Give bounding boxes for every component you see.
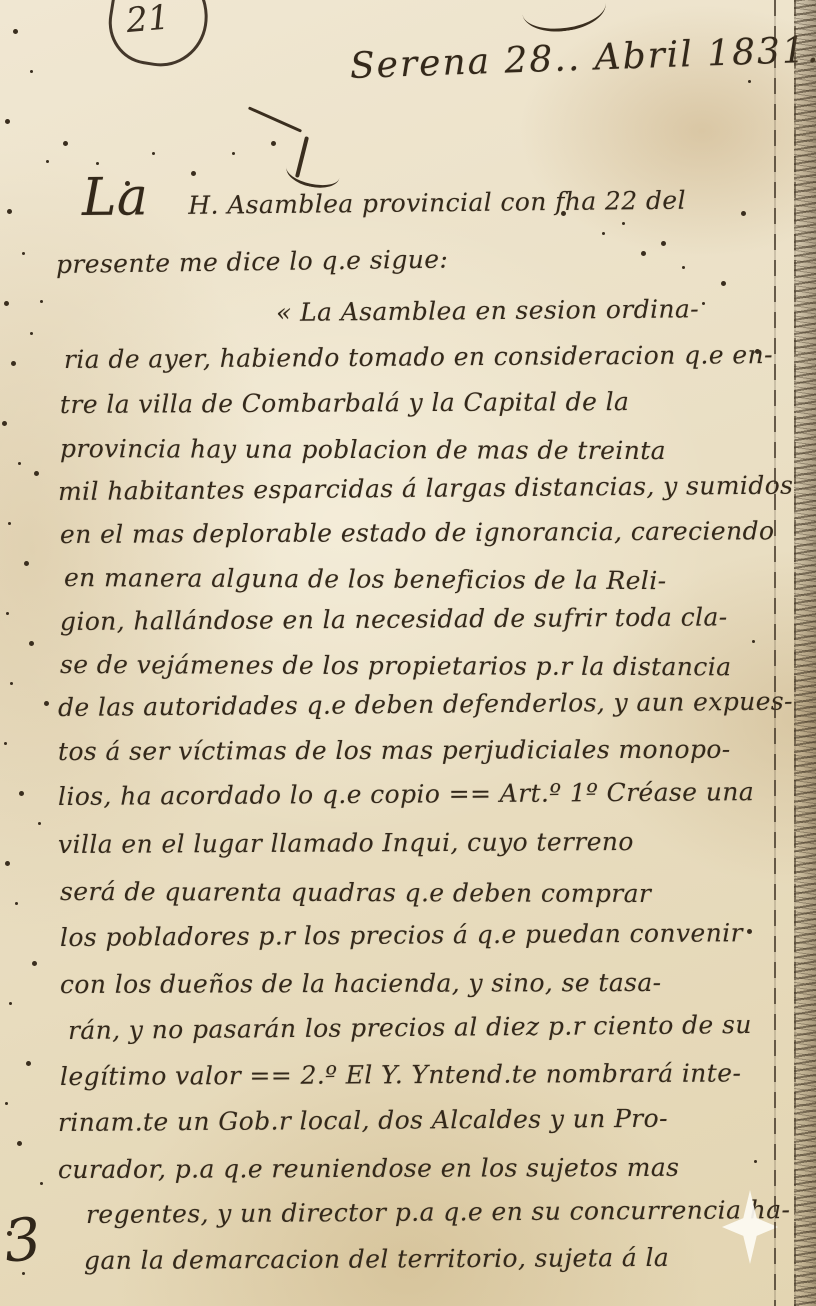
stray-ink-flourish [284,153,343,193]
stray-ink-stroke [248,106,302,132]
folio-number-circle: 21 [103,0,216,73]
body-line: con los dueños de la hacienda, y sino, s… [60,968,662,999]
body-line: regentes, y un director p.a q.e en su co… [86,1195,791,1229]
body-line: lios, ha acordado lo q.e copio == Art.º … [58,777,754,811]
manuscript-page: 21 Serena 28.. Abril 1831. LaH. Asamblea… [0,0,816,1306]
body-line: en el mas deplorable estado de ignoranci… [60,516,775,549]
body-line: gion, hallándose en la necesidad de sufr… [60,602,728,636]
stray-ink-flourish [519,0,608,37]
folio-number: 21 [125,0,172,41]
body-line: gan la demarcacion del territorio, sujet… [84,1243,669,1275]
book-fore-edge [794,0,816,1306]
body-line: presente me dice lo q.e sigue: [56,245,449,279]
body-line: los pobladores p.r los precios á q.e pue… [60,918,743,952]
body-line: rinam.te un Gob.r local, dos Alcaldes y … [58,1104,668,1137]
body-line: tre la villa de Combarbalá y la Capital … [60,387,629,419]
margin-page-number: 3 [1,1204,45,1275]
opening-initial: La [82,167,149,228]
body-line: en manera alguna de los beneficios de la… [64,563,667,595]
body-line: tos á ser víctimas de los mas perjudicia… [58,735,731,766]
body-line: curador, p.a q.e reuniendose en los suje… [58,1153,679,1184]
dateline: Serena 28.. Abril 1831. [349,30,816,87]
body-line: ria de ayer, habiendo tomado en consider… [64,340,773,374]
body-line: mil habitantes esparcidas á largas dista… [58,471,794,506]
opening-rest: H. Asamblea provincial con fha 22 del [188,186,686,220]
body-line: rán, y no pasarán los precios al diez p.… [68,1010,752,1045]
body-line: villa en el lugar llamado Inqui, cuyo te… [58,827,634,859]
opening-line: LaH. Asamblea provincial con fha 22 del [82,186,686,221]
ink-speckles [0,0,3,3]
body-line: se de vejámenes de los propietarios p.r … [60,650,732,681]
body-line: « La Asamblea en sesion ordina- [276,294,699,327]
body-line: será de quarenta quadras q.e deben compr… [60,877,651,908]
body-line: legítimo valor == 2.º El Y. Yntend.te no… [60,1058,741,1091]
page-edge-rule [774,0,776,1306]
body-line: de las autoridades q.e deben defenderlos… [58,687,793,722]
body-line: provincia hay una poblacion de mas de tr… [60,434,666,465]
